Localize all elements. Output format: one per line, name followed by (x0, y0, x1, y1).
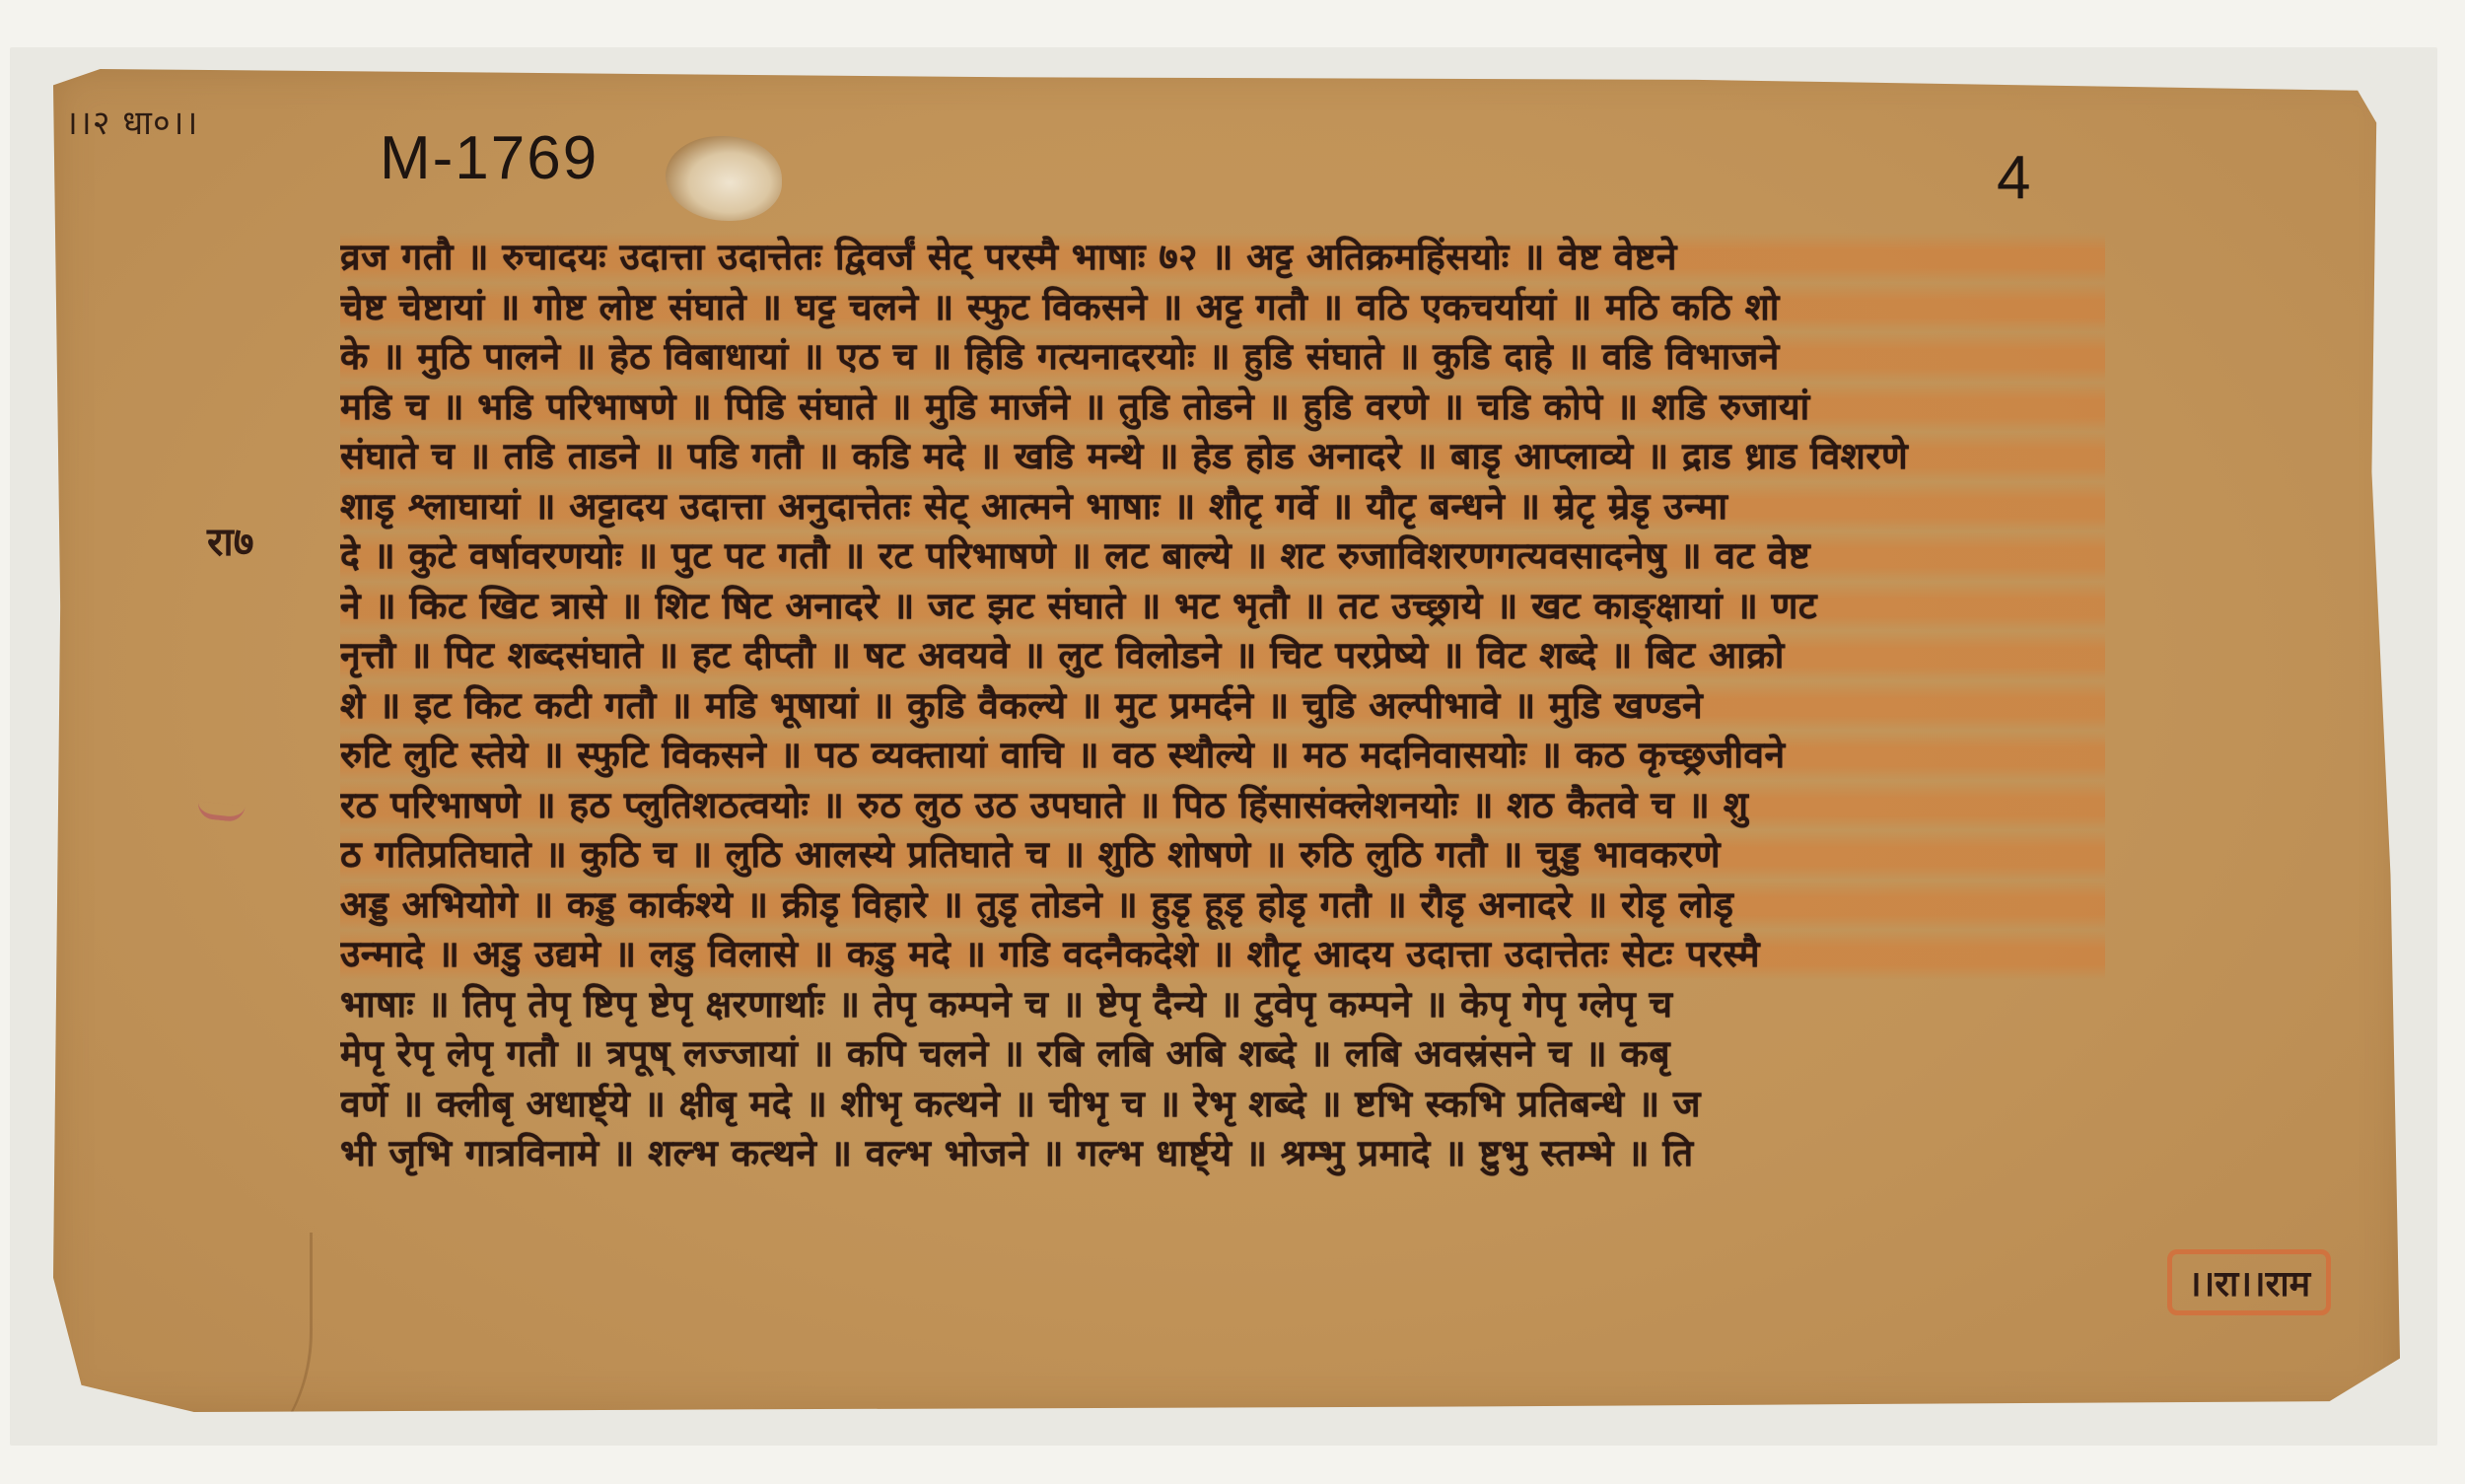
text-line: मेपृ रेपृ लेपृ गतौ ॥ त्रपूष् लज्जायां ॥ … (340, 1029, 2105, 1080)
text-line: शे ॥ इट किट कटी गतौ ॥ मडि भूषायां ॥ कुडि… (340, 681, 2105, 732)
text-line: रठ परिभाषणे ॥ हठ प्लुतिशठत्वयोः ॥ रुठ लु… (340, 781, 2105, 831)
text-line: ठ गतिप्रतिघाते ॥ कुठि च ॥ लुठि आलस्ये प्… (340, 830, 2105, 881)
main-text-block: व्रज गतौ ॥ रुचादयः उदात्ता उदात्तेतः द्व… (340, 233, 2105, 1179)
shelfmark: M-1769 (380, 123, 599, 193)
text-line: चेष्ट चेष्टायां ॥ गोष्ट लोष्ट संघाते ॥ घ… (340, 283, 2105, 333)
folio-signature: ।।२ धा०।। (65, 99, 198, 144)
text-line: अड्ड अभियोगे ॥ कड्ड कार्कश्ये ॥ क्रीडृ व… (340, 881, 2105, 931)
scan-background: ।।२ धा०।। M-1769 4 रा७ ।।रा।।राम व्रज गत… (0, 0, 2465, 1484)
colophon-text: ।।रा।।राम (2188, 1264, 2310, 1305)
text-line: के ॥ मुठि पालने ॥ हेठ विबाधायां ॥ एठ च ॥… (340, 332, 2105, 383)
shelfmark-text: M-1769 (380, 124, 599, 192)
text-line: व्रज गतौ ॥ रुचादयः उदात्ता उदात्तेतः द्व… (340, 233, 2105, 283)
text-line: शाडृ श्लाघायां ॥ अट्टादय उदात्ता अनुदात्… (340, 482, 2105, 532)
text-line: दे ॥ कुटे वर्षावरणयोः ॥ पुट पट गतौ ॥ रट … (340, 531, 2105, 582)
left-margin-note: रा७ (207, 513, 254, 567)
folio-signature-text: ।।२ धा०।। (65, 104, 198, 143)
page-number: 4 (1997, 143, 2030, 213)
text-line: संघाते च ॥ तडि ताडने ॥ पडि गतौ ॥ कडि मदे… (340, 432, 2105, 482)
colophon-box: ।।रा।।राम (2167, 1249, 2331, 1315)
text-line: नृत्तौ ॥ पिट शब्दसंघाते ॥ हट दीप्तौ ॥ षट… (340, 631, 2105, 681)
left-margin-note-text: रा७ (207, 520, 254, 565)
text-line: मडि च ॥ भडि परिभाषणे ॥ पिडि संघाते ॥ मुड… (340, 383, 2105, 433)
text-line: रुटि लुटि स्तेये ॥ स्फुटि विकसने ॥ पठ व्… (340, 731, 2105, 781)
text-line: ने ॥ किट खिट त्रासे ॥ शिट षिट अनादरे ॥ ज… (340, 582, 2105, 632)
text-line: वर्णे ॥ क्लीबृ अधार्ष्ट्ये ॥ क्षीबृ मदे … (340, 1080, 2105, 1130)
text-line: भाषाः ॥ तिपृ तेपृ ष्टिपृ ष्टेपृ क्षरणार्… (340, 980, 2105, 1030)
text-line: उन्मादे ॥ अडु उद्यमे ॥ लडु विलासे ॥ कडु … (340, 930, 2105, 980)
page-number-text: 4 (1997, 144, 2030, 212)
text-line: भी जृभि गात्रविनामे ॥ शल्भ कत्थने ॥ वल्भ… (340, 1129, 2105, 1179)
